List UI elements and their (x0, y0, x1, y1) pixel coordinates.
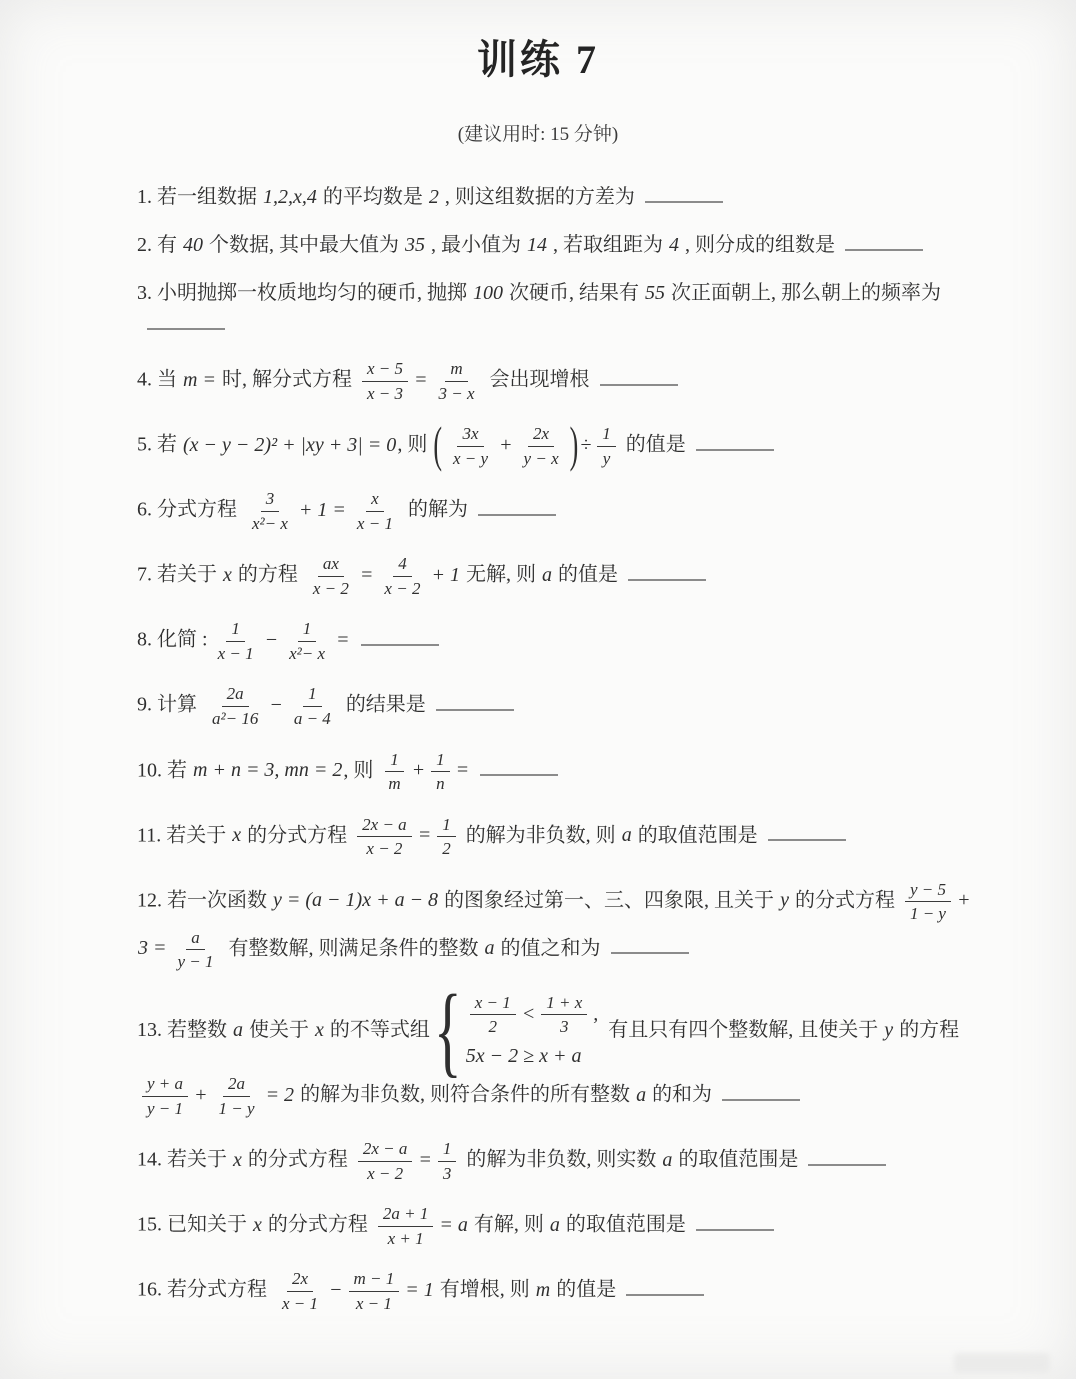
fraction-denominator: x − 1 (277, 1292, 323, 1314)
text-run: 的分式方程 (243, 1149, 353, 1171)
fraction-numerator: m (445, 359, 467, 382)
answer-blank (600, 370, 678, 386)
problem-8: 8. 化简 :1x − 1−1x²− x= (137, 617, 976, 665)
text-run: 次硬币, 结果有 (504, 282, 644, 304)
fraction-denominator: x − 2 (308, 577, 354, 599)
math-run: = a (438, 1214, 469, 1236)
text-run: , 则 (343, 759, 378, 781)
math-run: a (541, 564, 553, 586)
text-run: 的分式方程 (242, 824, 352, 846)
math-run: < (521, 999, 537, 1030)
text-run: 13. 若整数 (137, 1019, 232, 1041)
fraction: 2aa²− 16 (207, 684, 263, 728)
fraction-numerator: 2x − a (358, 1139, 413, 1162)
math-run: 4 (668, 234, 680, 256)
fraction: m3 − x (433, 359, 479, 403)
fraction-denominator: x − 1 (351, 1292, 397, 1314)
text-run: 8. 化简 : (137, 629, 208, 651)
fraction-denominator: n (431, 772, 450, 794)
fraction: y − 51 − y (905, 880, 951, 924)
fraction-denominator: a − 4 (289, 707, 336, 729)
watermark-smudge (954, 1353, 1050, 1373)
math-run: 2 (428, 186, 440, 208)
fraction-numerator: 2x (528, 424, 554, 447)
problem-12: 12. 若一次函数 y = (a − 1)x + a − 8 的图象经过第一、三… (137, 878, 976, 974)
text-run: 15. 已知关于 (137, 1214, 252, 1236)
math-run: 40 (182, 234, 204, 256)
fraction-denominator: 1 − y (905, 902, 951, 924)
text-run: 次正面朝上, 那么朝上的频率为 (666, 282, 941, 304)
fraction-numerator: x (366, 489, 384, 512)
answer-blank (696, 435, 774, 451)
text-run: 的解为非负数, 则 (461, 824, 621, 846)
fraction-denominator: x + 1 (383, 1227, 429, 1249)
answer-blank (626, 1280, 704, 1296)
math-run: ÷ (579, 434, 592, 456)
answer-blank (611, 938, 689, 954)
answer-blank (478, 500, 556, 516)
fraction-denominator: y (598, 447, 616, 469)
text-run: 使关于 (244, 1019, 314, 1041)
fraction-denominator: y − 1 (173, 950, 219, 972)
fraction-numerator: x − 5 (362, 359, 408, 382)
fraction-denominator: 3 (438, 1162, 457, 1184)
math-run: − (328, 1279, 344, 1301)
problem-14: 14. 若关于 x 的分式方程 2x − ax − 2=13 的解为非负数, 则… (137, 1137, 976, 1185)
math-run: 3 = (137, 937, 168, 959)
fraction-numerator: 2a (223, 1074, 250, 1097)
text-run: 1. 若一组数据 (137, 186, 262, 208)
fraction-denominator: x − 2 (361, 837, 407, 859)
fraction-numerator: 1 (303, 684, 322, 707)
fraction: 2a + 1x + 1 (378, 1204, 433, 1248)
problem-5: 5. 若 (x − y − 2)² + |xy + 3| = 0, 则 (3xx… (137, 422, 976, 470)
fraction-numerator: 3 (261, 489, 280, 512)
fraction-denominator: 2 (437, 837, 456, 859)
fraction: 12 (437, 815, 456, 859)
fraction-numerator: y + a (142, 1074, 188, 1097)
fraction-numerator: 1 (298, 619, 317, 642)
answer-blank (147, 314, 225, 330)
math-run: + (498, 434, 514, 456)
fraction: 1y (597, 424, 616, 468)
math-run: − (268, 694, 284, 716)
answer-blank (808, 1150, 886, 1166)
math-run: = 1 (404, 1279, 435, 1301)
text-run: 的方程 (233, 564, 303, 586)
text-run: 的解为 (403, 499, 468, 521)
text-run: , 最小值为 (426, 234, 526, 256)
answer-blank (845, 235, 923, 251)
text-run: 有且只有四个整数解, 且使关于 (603, 1019, 883, 1041)
math-run: 35 (404, 234, 426, 256)
fraction-numerator: 1 (597, 424, 616, 447)
problem-11: 11. 若关于 x 的分式方程 2x − ax − 2=12 的解为非负数, 则… (137, 813, 976, 861)
math-run: 1,2,x,4 (262, 186, 318, 208)
fraction-numerator: a (186, 928, 205, 951)
fraction: 2xx − 1 (277, 1269, 323, 1313)
answer-blank (628, 565, 706, 581)
problem-13: 13. 若整数 a 使关于 x 的不等式组{x − 12<1 + x3,5x −… (137, 991, 976, 1120)
fraction: x − 12 (470, 993, 516, 1037)
math-run: 100 (472, 282, 504, 304)
math-run: x (314, 1019, 325, 1041)
math-run: y (883, 1019, 894, 1041)
math-run: = (335, 629, 351, 651)
fraction-denominator: x − 2 (362, 1162, 408, 1184)
problem-15: 15. 已知关于 x 的分式方程 2a + 1x + 1= a 有解, 则 a … (137, 1202, 976, 1250)
fraction: axx − 2 (308, 554, 354, 598)
fraction-denominator: x − y (448, 447, 493, 469)
fraction-denominator: 3 − x (433, 382, 479, 404)
answer-blank (768, 825, 846, 841)
fraction-denominator: 3 (555, 1015, 574, 1037)
text-run: 的取值范围是 (561, 1214, 686, 1236)
math-run: + 1 = (298, 499, 347, 521)
fraction: 2x − ax − 2 (357, 815, 412, 859)
fraction-denominator: x − 1 (213, 642, 259, 664)
text-run: 10. 若 (137, 759, 192, 781)
fraction-numerator: 1 (385, 750, 404, 773)
math-run: + (956, 889, 972, 911)
text-run: 的图象经过第一、三、四象限, 且关于 (439, 889, 779, 911)
text-run: 的值是 (551, 1279, 616, 1301)
math-run: x (222, 564, 233, 586)
problem-1: 1. 若一组数据 1,2,x,4 的平均数是 2 , 则这组数据的方差为 (137, 182, 976, 213)
fraction: 1 + x3 (541, 993, 587, 1037)
text-run: 的平均数是 (318, 186, 428, 208)
fraction-numerator: m − 1 (349, 1269, 400, 1292)
text-run: 时, 解分式方程 (217, 369, 357, 391)
text-run: , 则 (397, 434, 432, 456)
text-run: 的分式方程 (263, 1214, 373, 1236)
fraction-denominator: x − 1 (352, 512, 398, 534)
fraction: x − 5x − 3 (362, 359, 408, 403)
text-run: 11. 若关于 (137, 824, 231, 846)
answer-blank (480, 760, 558, 776)
text-run: 3. 小明抛掷一枚质地均匀的硬币, 抛掷 (137, 282, 472, 304)
fraction-numerator: 2a + 1 (378, 1204, 433, 1227)
fraction-denominator: x − 3 (362, 382, 408, 404)
text-run: 的不等式组 (325, 1019, 430, 1041)
fraction: 2xy − x (519, 424, 564, 468)
problem-4: 4. 当 m = 时, 解分式方程 x − 5x − 3=m3 − x 会出现增… (137, 357, 976, 405)
text-run: 14. 若关于 (137, 1149, 232, 1171)
fraction: 4x − 2 (379, 554, 425, 598)
fraction: 1m (383, 750, 405, 794)
math-run: x (252, 1214, 263, 1236)
problem-9: 9. 计算 2aa²− 16−1a − 4 的结果是 (137, 682, 976, 730)
math-run: 55 (644, 282, 666, 304)
fraction-denominator: x²− x (247, 512, 293, 534)
text-run: 12. 若一次函数 (137, 889, 272, 911)
text-run: 的值之和为 (496, 937, 601, 959)
math-run: = 2 (265, 1084, 296, 1106)
system-rows: x − 12<1 + x3,5x − 2 ≥ x + a (465, 991, 600, 1072)
text-run: 9. 计算 (137, 694, 202, 716)
math-run: + 1 (430, 564, 461, 586)
fraction-numerator: 2x (287, 1269, 313, 1292)
text-run: 的解为非负数, 则实数 (461, 1149, 661, 1171)
math-run: a (635, 1084, 647, 1106)
fraction-denominator: y − x (519, 447, 564, 469)
text-run: 的值是 (621, 434, 686, 456)
fraction: 2a1 − y (214, 1074, 260, 1118)
fraction: 1x − 1 (213, 619, 259, 663)
problem-7: 7. 若关于 x 的方程 axx − 2=4x − 2+ 1 无解, 则 a 的… (137, 552, 976, 600)
text-run: 会出现增根 (485, 369, 590, 391)
fraction-denominator: x²− x (284, 642, 330, 664)
math-run: m + n = 3, mn = 2 (192, 759, 343, 781)
problem-3: 3. 小明抛掷一枚质地均匀的硬币, 抛掷 100 次硬币, 结果有 55 次正面… (137, 278, 976, 340)
fraction: 3xx − y (448, 424, 493, 468)
math-run: a (549, 1214, 561, 1236)
problem-list: 1. 若一组数据 1,2,x,4 的平均数是 2 , 则这组数据的方差为2. 有… (0, 182, 1076, 1315)
worksheet-header: 训练 7 (建议用时: 15 分钟) (0, 28, 1076, 146)
big-paren: ( (433, 408, 442, 485)
fraction: 1a − 4 (289, 684, 336, 728)
text-run: 7. 若关于 (137, 564, 222, 586)
math-run: y = (a − 1)x + a − 8 (272, 889, 439, 911)
fraction-numerator: 1 (438, 1139, 457, 1162)
math-run: a (232, 1019, 244, 1041)
text-run: 的方程 (894, 1019, 959, 1041)
math-run: a (661, 1149, 673, 1171)
math-run: 5x − 2 ≥ x + a (465, 1041, 583, 1072)
math-run: 14 (526, 234, 548, 256)
answer-blank (361, 630, 439, 646)
fraction-numerator: 1 (226, 619, 245, 642)
text-run: 有整数解, 则满足条件的整数 (224, 937, 484, 959)
text-run: 有解, 则 (469, 1214, 549, 1236)
fraction: 13 (438, 1139, 457, 1183)
math-run: = (359, 564, 375, 586)
fraction-numerator: 1 + x (541, 993, 587, 1016)
worksheet-page: 训练 7 (建议用时: 15 分钟) 1. 若一组数据 1,2,x,4 的平均数… (0, 0, 1076, 1379)
math-run: y (779, 889, 790, 911)
text-run: 2. 有 (137, 234, 182, 256)
math-run: a (484, 937, 496, 959)
fraction: y + ay − 1 (142, 1074, 188, 1118)
fraction-numerator: 2a (222, 684, 249, 707)
math-run: = (417, 1149, 433, 1171)
math-run: m = (182, 369, 217, 391)
text-run: 6. 分式方程 (137, 499, 242, 521)
fraction: 1x²− x (284, 619, 330, 663)
answer-blank (722, 1085, 800, 1101)
text-run: 有增根, 则 (435, 1279, 535, 1301)
fraction-numerator: 3x (457, 424, 483, 447)
math-run: a (621, 824, 633, 846)
math-run: + (193, 1084, 209, 1106)
fraction: 3x²− x (247, 489, 293, 533)
big-paren: ) (570, 408, 579, 485)
fraction-numerator: 1 (431, 750, 450, 773)
answer-blank (696, 1215, 774, 1231)
text-run: 的取值范围是 (673, 1149, 798, 1171)
text-run: , 若取组距为 (548, 234, 668, 256)
fraction-denominator: y − 1 (142, 1097, 188, 1119)
text-run: 的分式方程 (790, 889, 900, 911)
fraction-denominator: 1 − y (214, 1097, 260, 1119)
fraction-denominator: x − 2 (379, 577, 425, 599)
problem-6: 6. 分式方程 3x²− x+ 1 =xx − 1 的解为 (137, 487, 976, 535)
text-run: 无解, 则 (461, 564, 541, 586)
text-run: 的取值范围是 (633, 824, 758, 846)
fraction: xx − 1 (352, 489, 398, 533)
fraction-numerator: y − 5 (905, 880, 951, 903)
system-brace: { (434, 981, 462, 1083)
system-row: x − 12<1 + x3, (465, 991, 600, 1039)
fraction-numerator: 2x − a (357, 815, 412, 838)
fraction: ay − 1 (173, 928, 219, 972)
text-run: 4. 当 (137, 369, 182, 391)
fraction-numerator: ax (318, 554, 344, 577)
answer-blank (436, 695, 514, 711)
fraction-numerator: x − 1 (470, 993, 516, 1016)
math-run: = (413, 369, 429, 391)
fraction-denominator: m (383, 772, 405, 794)
text-run: 个数据, 其中最大值为 (204, 234, 404, 256)
page-title: 训练 7 (0, 28, 1076, 85)
fraction-numerator: 1 (437, 815, 456, 838)
text-run: 的结果是 (341, 694, 426, 716)
math-run: x (231, 824, 242, 846)
math-run: (x − y − 2)² + |xy + 3| = 0 (182, 434, 397, 456)
fraction: m − 1x − 1 (349, 1269, 400, 1313)
text-run: 16. 若分式方程 (137, 1279, 272, 1301)
problem-10: 10. 若 m + n = 3, mn = 2, 则 1m+1n= (137, 748, 976, 796)
math-run: x (232, 1149, 243, 1171)
text-run: , 则这组数据的方差为 (440, 186, 635, 208)
math-run: + (411, 759, 427, 781)
problem-16: 16. 若分式方程 2xx − 1−m − 1x − 1= 1 有增根, 则 m… (137, 1267, 976, 1315)
inequality-system: {x − 12<1 + x3,5x − 2 ≥ x + a (434, 991, 599, 1072)
fraction: 1n (431, 750, 450, 794)
math-run: m (535, 1279, 551, 1301)
fraction-denominator: a²− 16 (207, 707, 263, 729)
suggested-time-note: (建议用时: 15 分钟) (0, 119, 1076, 146)
math-run: = (417, 824, 433, 846)
math-run: = (455, 759, 471, 781)
fraction-denominator: 2 (484, 1015, 503, 1037)
text-run: 的解为非负数, 则符合条件的所有整数 (295, 1084, 635, 1106)
text-run: 的值是 (553, 564, 618, 586)
math-run: , (592, 999, 599, 1030)
answer-blank (645, 187, 723, 203)
text-run: 的和为 (647, 1084, 712, 1106)
math-run: − (264, 629, 280, 651)
problem-2: 2. 有 40 个数据, 其中最大值为 35 , 最小值为 14 , 若取组距为… (137, 230, 976, 261)
text-run: , 则分成的组数是 (680, 234, 835, 256)
system-row: 5x − 2 ≥ x + a (465, 1041, 600, 1072)
text-run: 5. 若 (137, 434, 182, 456)
fraction: 2x − ax − 2 (358, 1139, 413, 1183)
fraction-numerator: 4 (393, 554, 412, 577)
